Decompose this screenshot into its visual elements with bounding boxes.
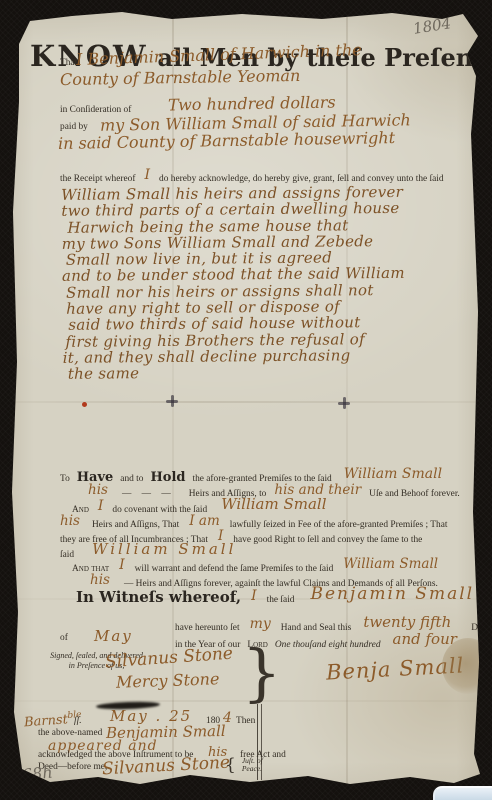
hab-hand-grantor: Benjamin Small — [310, 584, 474, 604]
hab-printed: Uſe and Behoof forever. — [369, 489, 460, 499]
handwritten-body-block: William Small his heirs and assigns fore… — [61, 183, 483, 382]
color-reference-card-corner — [433, 786, 492, 800]
testimonium-hand-my: my — [250, 616, 271, 632]
ack-then-printed: Then — [236, 716, 255, 726]
testimonium-printed-year: One thouſand eight hundred — [275, 640, 381, 650]
photographed-deed-scan: 1804 KNOW all Men by theſe Preſents, Tha… — [0, 0, 492, 800]
hab-hand-iam: I am — [189, 513, 219, 529]
hab-printed: the ſaid — [267, 595, 295, 605]
receipt-hand-I: I — [145, 167, 151, 183]
testimonium-of: of — [60, 633, 68, 643]
receipt-printed-1: the Receipt whereof — [60, 174, 136, 184]
that-label: That — [60, 58, 77, 68]
testimonium-printed-day: Day — [471, 623, 487, 633]
fold-intersection-mark — [166, 395, 178, 407]
hab-hand-grantee: William Small — [221, 495, 326, 513]
hab-hand-I: I — [251, 588, 257, 604]
pencil-year-annotation: 1804 — [412, 14, 453, 38]
witness-brace: } — [242, 642, 281, 704]
testimonium-printed: have hereunto ſet — [175, 623, 240, 633]
testimonium-hand-day-number: twenty fifth — [363, 613, 451, 631]
consideration-label: in Conſideration of — [60, 105, 131, 115]
hab-printed: have good Right to ſell and convey the ſ… — [233, 535, 422, 545]
horizontal-fold-crease — [10, 401, 480, 403]
hab-hand-his: his — [60, 513, 80, 529]
pencil-catalog-annotation: 68h — [21, 762, 53, 784]
witness-signature-1: Silvanus Stone — [104, 644, 233, 673]
hab-hand-I: I — [119, 557, 125, 573]
justice-lines: Juſt. of Peace. — [242, 757, 263, 773]
testimonium-hand-month: May — [94, 627, 133, 645]
hab-hand-his: his — [90, 572, 110, 588]
witness-whereof-line: In Witneſs whereof, I the ſaid Benjamin … — [76, 587, 474, 607]
hab-printed: To — [60, 474, 70, 484]
hab-hand-his: his — [88, 482, 108, 498]
grantor-handwritten-line2: County of Barnstable Yeoman — [60, 66, 301, 89]
paid-by-label: paid by — [60, 122, 88, 132]
hab-hand-grantee: William Small — [343, 556, 438, 572]
hab-hand-grantee: William Small — [344, 466, 442, 482]
testimonium-hand-year: and four — [393, 630, 457, 648]
ack-above-named: the above-named — [38, 728, 102, 738]
wax-seal-stain — [442, 638, 492, 694]
deed-paper: 1804 KNOW all Men by theſe Preſents, Tha… — [10, 12, 480, 793]
body-line: the same — [63, 362, 483, 382]
in-witness-whereof-blackletter: In Witneſs whereof, — [76, 588, 241, 606]
ack-ss-label: ſſ. — [74, 716, 82, 726]
justice-brace: { — [225, 757, 236, 774]
fold-intersection-mark — [338, 397, 350, 409]
justice-line2: Peace. — [242, 765, 263, 773]
red-ink-dot — [82, 402, 87, 407]
hab-hand-I: I — [98, 498, 104, 514]
witness-signature-2: Mercy Stone — [116, 669, 220, 692]
testimonium-printed: Hand and Seal this — [281, 623, 352, 633]
justice-of-peace-label: { Juſt. of Peace. — [225, 756, 263, 774]
hab-hand-grantee: William Small — [92, 540, 236, 558]
